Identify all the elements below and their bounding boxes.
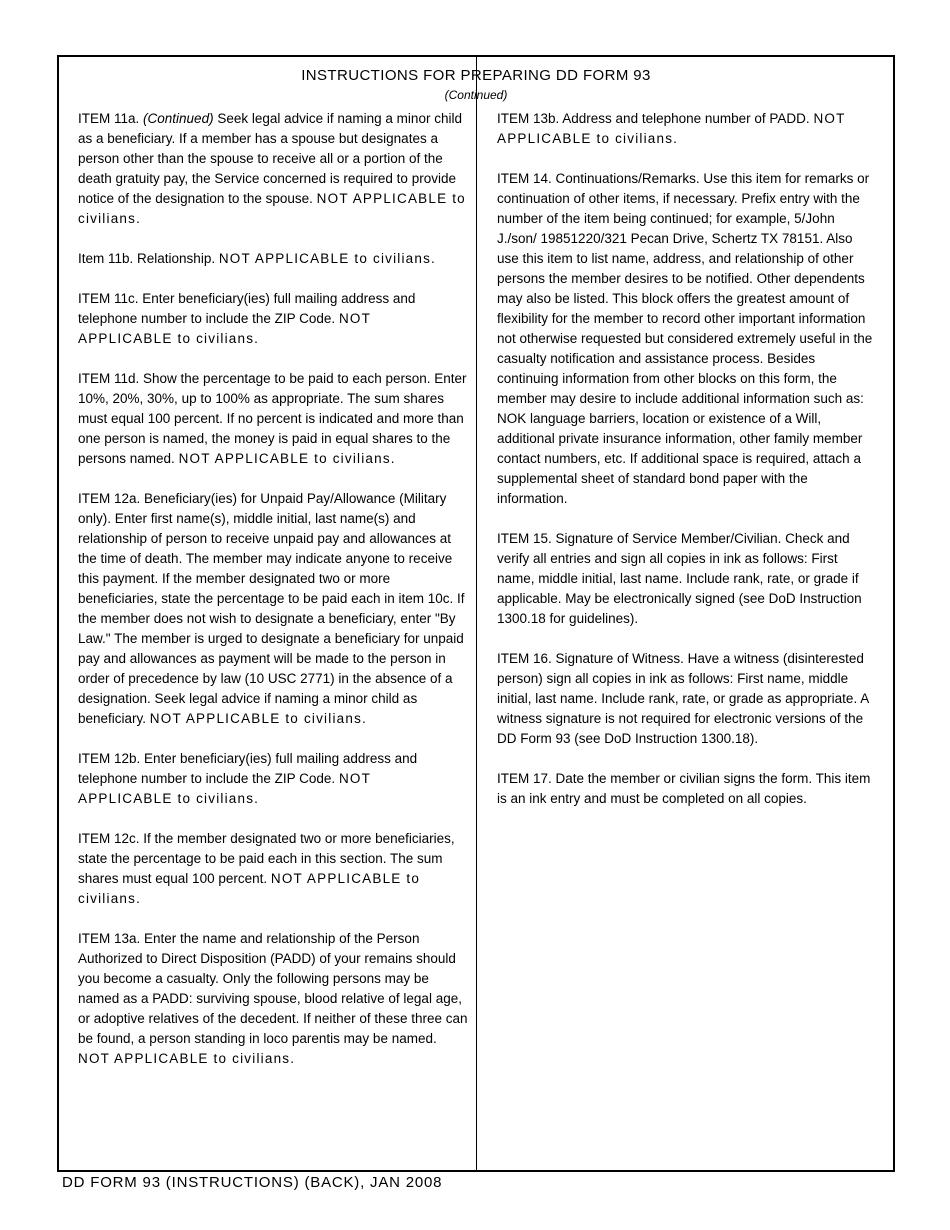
emphasized-text: NOT APPLICABLE to civilians. [497, 111, 845, 146]
instruction-paragraph: ITEM 15. Signature of Service Member/Civ… [497, 529, 875, 629]
instruction-paragraph: ITEM 12b. Enter beneficiary(ies) full ma… [78, 749, 468, 809]
left-column: ITEM 11a. (Continued) Seek legal advice … [78, 109, 468, 1089]
emphasized-text: NOT APPLICABLE to civilians. [78, 871, 420, 906]
emphasized-text: NOT APPLICABLE to civilians. [219, 251, 436, 266]
instruction-paragraph: ITEM 11c. Enter beneficiary(ies) full ma… [78, 289, 468, 349]
instruction-paragraph: ITEM 12c. If the member designated two o… [78, 829, 468, 909]
form-footer: DD FORM 93 (INSTRUCTIONS) (BACK), JAN 20… [62, 1174, 442, 1191]
emphasized-text: NOT APPLICABLE to civilians. [78, 1051, 295, 1066]
emphasized-text: NOT APPLICABLE to civilians. [179, 451, 396, 466]
instruction-paragraph: ITEM 14. Continuations/Remarks. Use this… [497, 169, 875, 509]
instruction-paragraph: ITEM 11a. (Continued) Seek legal advice … [78, 109, 468, 229]
emphasized-text: NOT APPLICABLE to civilians. [78, 311, 371, 346]
emphasized-text: NOT APPLICABLE to civilians. [78, 191, 466, 226]
instruction-paragraph: ITEM 11d. Show the percentage to be paid… [78, 369, 468, 469]
emphasized-text: NOT APPLICABLE to civilians. [78, 771, 371, 806]
instruction-paragraph: Item 11b. Relationship. NOT APPLICABLE t… [78, 249, 468, 269]
instruction-paragraph: ITEM 17. Date the member or civilian sig… [497, 769, 875, 809]
right-column: ITEM 13b. Address and telephone number o… [497, 109, 875, 829]
emphasized-text: (Continued) [143, 111, 214, 126]
instruction-paragraph: ITEM 13b. Address and telephone number o… [497, 109, 875, 149]
instruction-paragraph: ITEM 13a. Enter the name and relationshi… [78, 929, 468, 1069]
column-divider [476, 57, 477, 1170]
instruction-paragraph: ITEM 12a. Beneficiary(ies) for Unpaid Pa… [78, 489, 468, 729]
emphasized-text: NOT APPLICABLE to civilians. [150, 711, 367, 726]
instructions-box: INSTRUCTIONS FOR PREPARING DD FORM 93 (C… [57, 55, 895, 1172]
instruction-paragraph: ITEM 16. Signature of Witness. Have a wi… [497, 649, 875, 749]
